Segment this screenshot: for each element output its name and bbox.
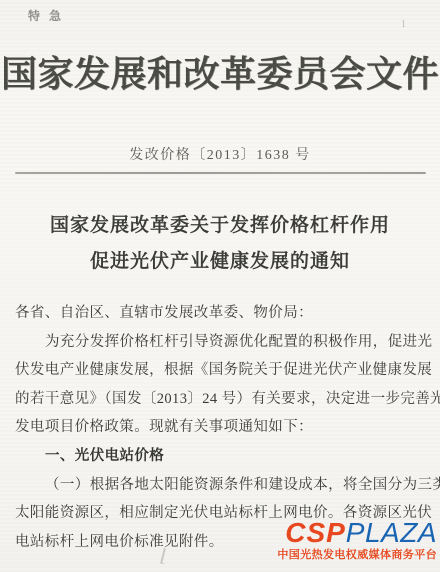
page-number-mark: 1: [401, 19, 406, 30]
cspplaza-watermark-logo: CSPPLAZA 中国光热发电权威媒体商务平台: [277, 519, 437, 561]
body-line: 伏发电产业健康发展，根据《国务院关于促进光伏产业健康发展: [15, 356, 428, 385]
body-line: 的若干意见》（国发〔2013〕24 号）有关要求，决定进一步完善光伏: [15, 385, 428, 414]
notice-title-line1: 国家发展改革委关于发挥价格杠杆作用: [0, 210, 440, 237]
body-section-heading: 一、光伏电站价格: [15, 442, 428, 471]
brand-wordmark: CSPPLAZA: [277, 519, 437, 547]
body-line: 为充分发挥价格杠杆引导资源优化配置的积极作用，促进光: [15, 328, 428, 357]
body-line: 发电项目价格政策。现就有关事项通知如下：: [15, 413, 428, 442]
document-number: 发改价格〔2013〕1638 号: [0, 144, 440, 164]
masthead-separator-line: [15, 172, 426, 174]
notice-title: 国家发展改革委关于发挥价格杠杆作用 促进光伏产业健康发展的通知: [0, 210, 440, 273]
brand-plaza-text: PLAZA: [346, 517, 437, 548]
scanned-document-page: 特急 1 国家发展和改革委员会文件 发改价格〔2013〕1638 号 国家发展改…: [0, 0, 440, 572]
notice-title-line2: 促进光伏产业健康发展的通知: [0, 246, 440, 273]
brand-tagline: 中国光热发电权威媒体商务平台: [277, 550, 437, 561]
masthead-org-title: 国家发展和改革委员会文件: [0, 46, 440, 97]
urgency-stamp: 特急: [28, 7, 70, 24]
body-line: （一）根据各地太阳能资源条件和建设成本，将全国分为三类: [15, 471, 428, 500]
body-line-salutation: 各省、自治区、直辖市发展改革委、物价局：: [15, 299, 428, 328]
brand-csp-text: CSP: [285, 517, 346, 548]
